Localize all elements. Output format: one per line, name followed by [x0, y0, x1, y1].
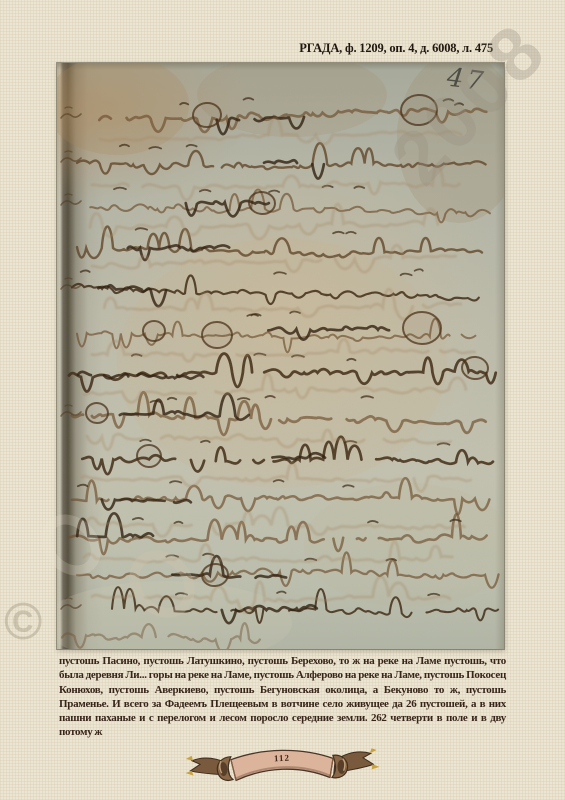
- ribbon-gold-tip: [371, 764, 379, 769]
- book-page: РГАДА, ф. 1209, оп. 4, д. 6008, л. 475 4…: [0, 0, 565, 800]
- ribbon-page-number: 112: [273, 753, 290, 764]
- archive-reference: РГАДА, ф. 1209, оп. 4, д. 6008, л. 475: [0, 41, 493, 56]
- manuscript-photo: 47: [57, 63, 504, 649]
- page-number-ribbon: 112: [185, 745, 380, 793]
- folio-number: 47: [445, 63, 487, 97]
- manuscript-handwriting-canvas: [57, 63, 504, 649]
- watermark-copyright: ©: [4, 592, 42, 652]
- ribbon-gold-tip: [185, 756, 192, 761]
- caption-transcription: пустошь Пасино, пустошь Латушкино, пусто…: [59, 654, 506, 740]
- ribbon-gold-tip: [369, 748, 376, 753]
